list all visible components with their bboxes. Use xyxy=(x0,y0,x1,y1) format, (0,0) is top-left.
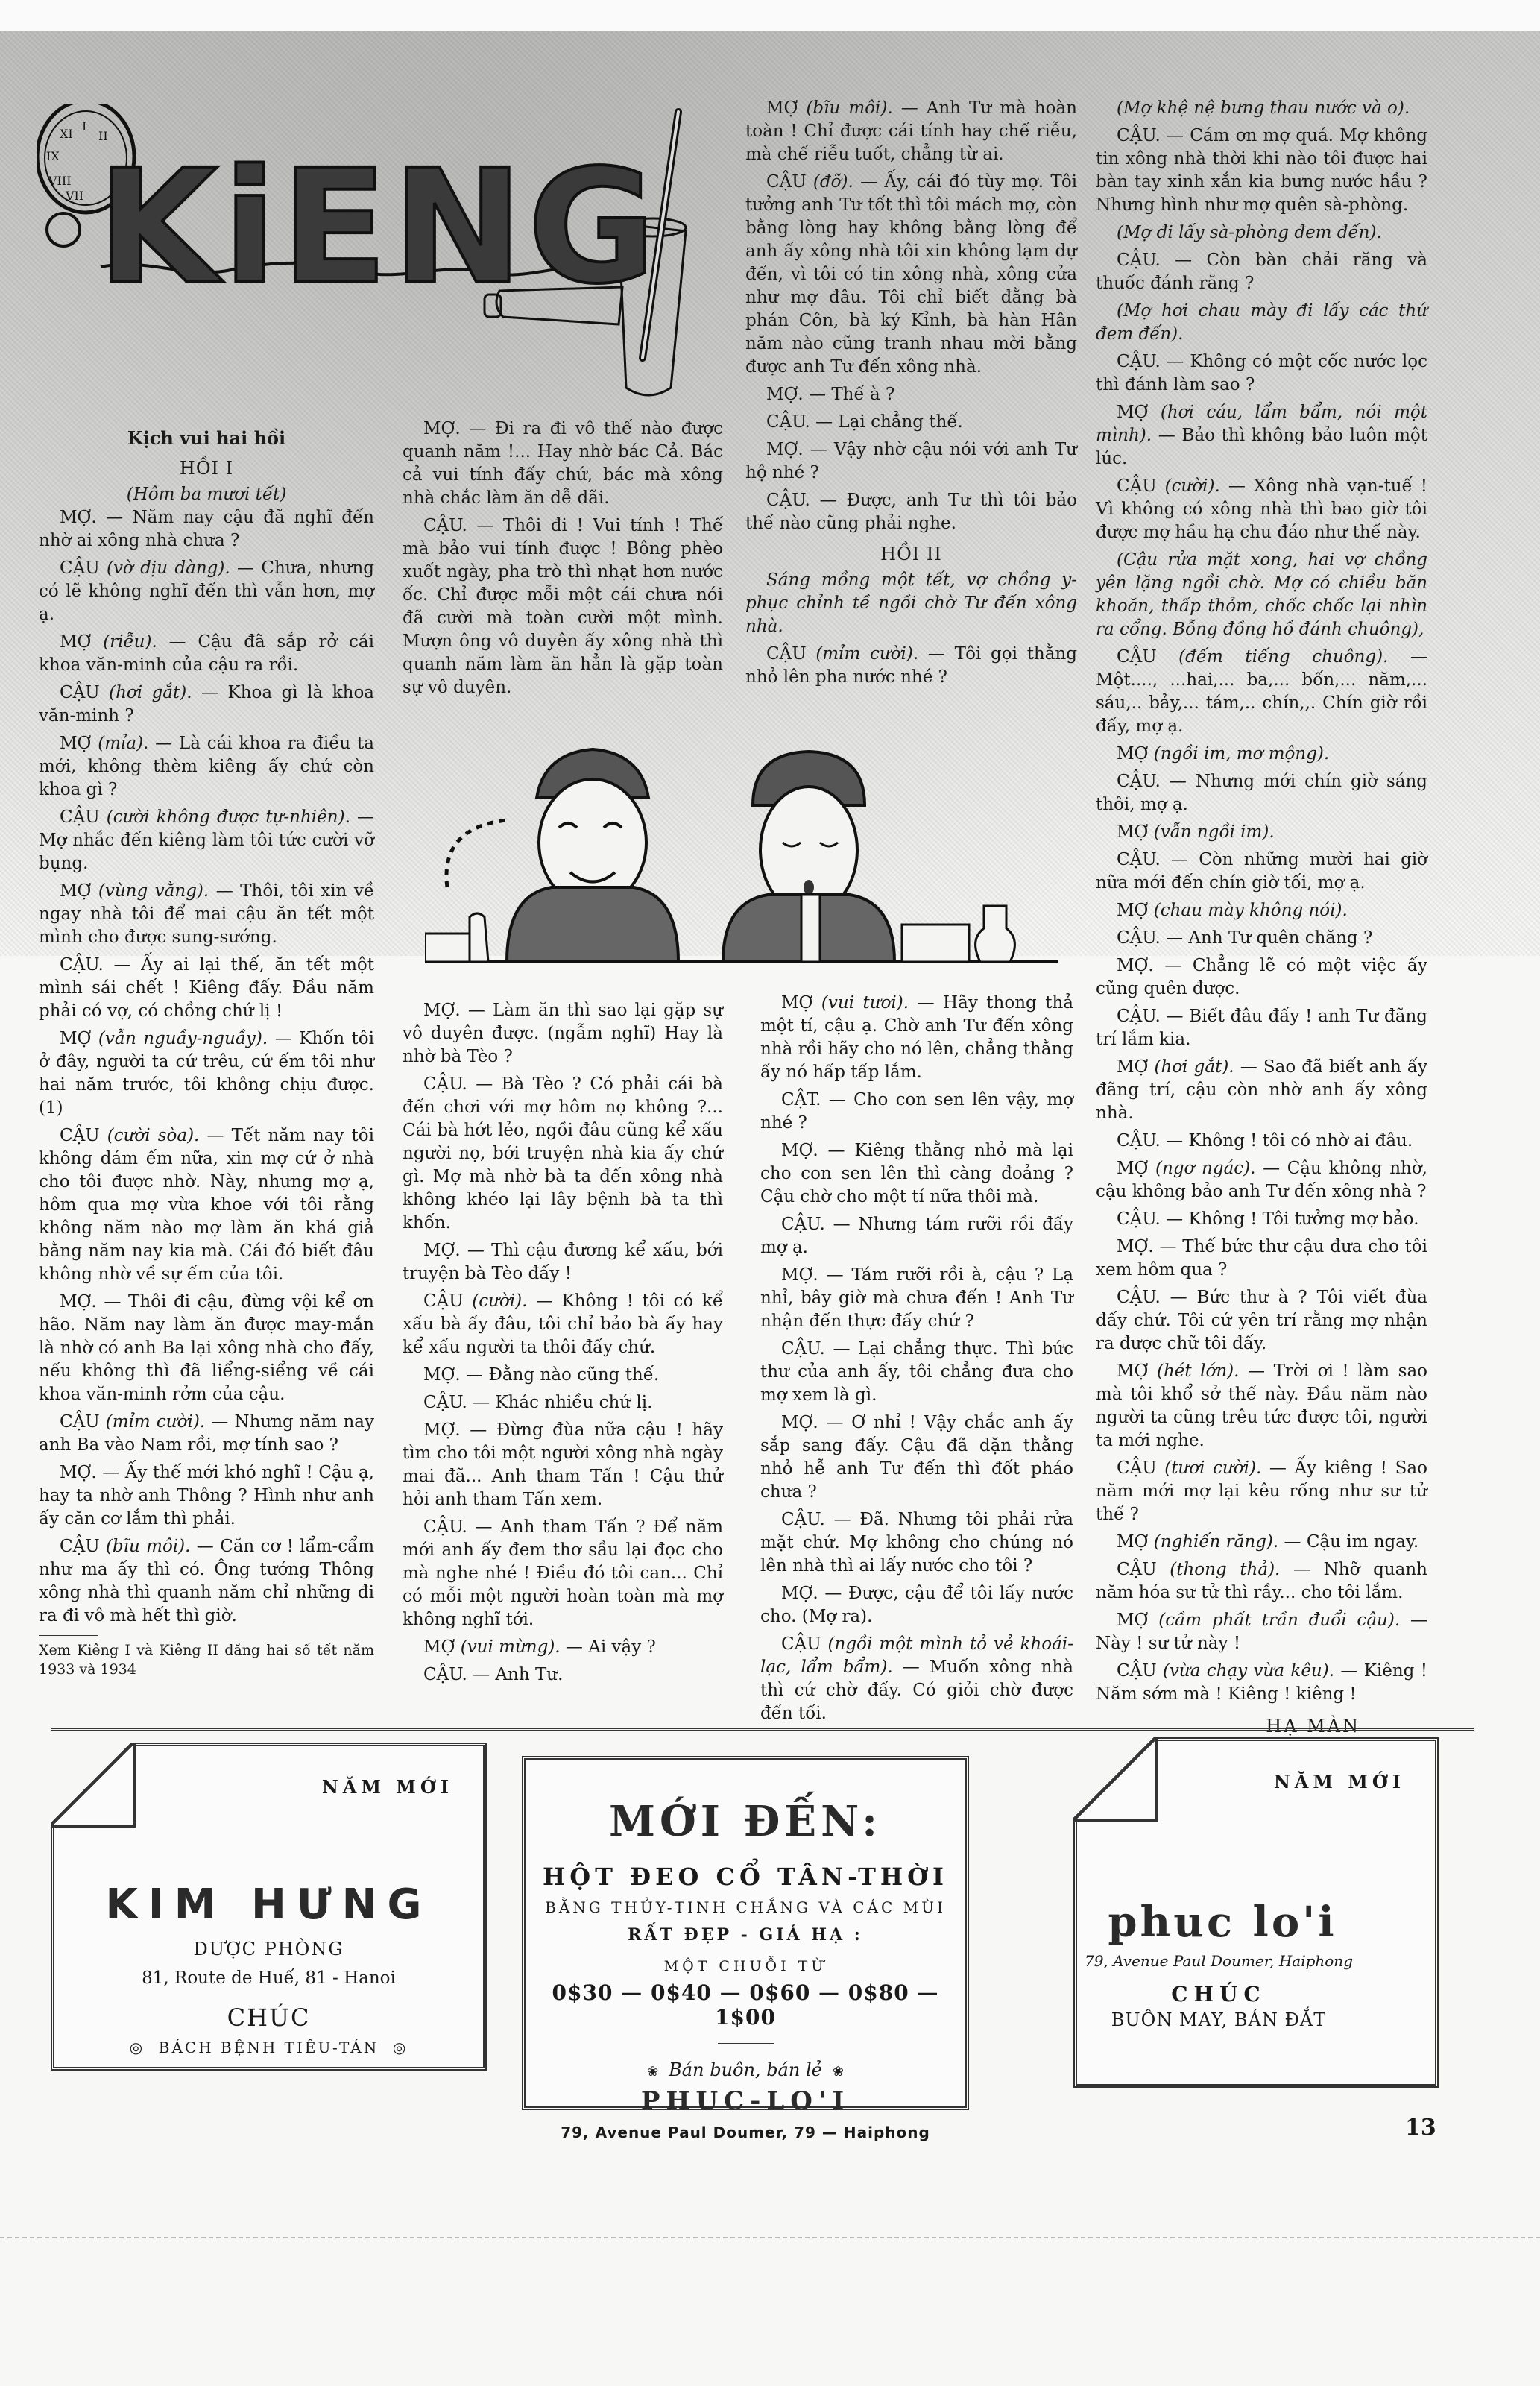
act1-setting: (Hôm ba mươi tết) xyxy=(39,483,374,506)
speaker: CẬU. xyxy=(1117,1131,1166,1150)
line-text: — Đằng nào cũng thế. xyxy=(466,1365,659,1385)
ad-retail: ❀Bán buôn, bán lẻ❀ xyxy=(526,2059,965,2080)
speaker: MỢ xyxy=(1117,1611,1158,1630)
dialogue-line: CẬU. — Bức thư à ? Tôi viết đùa đấy chứ.… xyxy=(1096,1286,1427,1356)
stage-direction: (Mợ đi lấy sà-phòng đem đến). xyxy=(1117,223,1382,242)
folded-corner-icon xyxy=(1073,1737,1158,1822)
speaker: MỢ xyxy=(60,881,98,901)
ad-shop-name: PHUC-LO'I xyxy=(526,2086,965,2116)
stage-direction: (cười). xyxy=(1165,476,1228,496)
title-illustration: XI I II IX VIII VII KiENG xyxy=(37,104,730,403)
dialogue-line: CẬU. — Anh Tư quên chăng ? xyxy=(1096,927,1427,950)
footnote: Xem Kiêng I và Kiêng II đăng hai số tết … xyxy=(39,1635,374,1679)
dialogue-line: MỢ (riễu). — Cậu đã sắp rở cái khoa văn-… xyxy=(39,631,374,677)
svg-text:VIII: VIII xyxy=(48,174,72,188)
kieng-title: KiENG xyxy=(97,149,660,306)
dialogue-line: CẬU. — Thôi đi ! Vui tính ! Thế mà bảo v… xyxy=(403,514,723,699)
speaker: MỢ xyxy=(1117,1159,1155,1178)
dialogue-list: (Mợ khệ nệ bưng thau nước và o). CẬU. — … xyxy=(1096,97,1427,1706)
ornament-icon: ◎ xyxy=(130,2039,159,2056)
speaker: CẬU. xyxy=(423,1517,475,1537)
ad-kim-hung: NĂM MỚI KIM HƯNG DƯỢC PHÒNG 81, Route de… xyxy=(51,1743,487,2071)
speaker: CẬU xyxy=(60,808,107,827)
act1-heading: HỒI I xyxy=(39,457,374,480)
stage-direction: (mỉm cười). xyxy=(106,1412,212,1432)
line-text: — Lại chẳng thế. xyxy=(815,412,963,432)
speaker: MỢ. xyxy=(423,1420,470,1440)
stage-direction: (hơi gắt). xyxy=(1155,1057,1240,1077)
dialogue-line: (Cậu rửa mặt xong, hai vợ chồng yên lặng… xyxy=(1096,549,1427,641)
speaker: CẬU xyxy=(60,1537,106,1556)
column-3-lower: MỢ (vui tươi). — Hãy thong thả một tí, c… xyxy=(760,992,1073,1730)
speaker: MỢ xyxy=(1117,822,1154,842)
svg-text:IX: IX xyxy=(46,149,60,163)
page-bottom-edge xyxy=(0,2237,1540,2238)
dialogue-line: CẬU. — Nhưng mới chín giờ sáng thôi, mợ … xyxy=(1096,770,1427,816)
speaker: CẬU xyxy=(1117,476,1165,496)
dialogue-line: MỢ. — Kiêng thằng nhỏ mà lại cho con sen… xyxy=(760,1139,1073,1209)
speaker: CẬU. xyxy=(423,516,476,535)
speaker: MỢ xyxy=(781,993,821,1013)
ornament-icon: ◎ xyxy=(379,2039,408,2056)
stage-direction: (mỉm cười). xyxy=(815,644,928,664)
footnote-rule xyxy=(39,1635,98,1636)
speaker: CẬU. xyxy=(423,1665,473,1684)
speaker: CẬU. xyxy=(781,1510,834,1529)
dialogue-list: CẬU (mỉm cười). — Tôi gọi thằng nhỏ lên … xyxy=(745,643,1077,689)
ads-divider xyxy=(51,1728,1474,1731)
line-text: — Thôi đi ! Vui tính ! Thế mà bảo vui tí… xyxy=(403,516,723,697)
speaker: CẬU. xyxy=(1117,1209,1166,1229)
stage-direction: (vui tươi). xyxy=(821,993,918,1013)
speaker: MỢ xyxy=(1117,403,1161,422)
dialogue-line: CẬU. — Lại chẳng thế. xyxy=(745,411,1077,434)
stage-direction: (hét lớn). xyxy=(1157,1362,1248,1381)
stage-direction: (mỉa). xyxy=(98,734,155,753)
dialogue-line: MỢ (vẫn nguầy-nguầy). — Khốn tôi ở đây, … xyxy=(39,1027,374,1120)
play-subtitle: Kịch vui hai hồi xyxy=(39,426,374,450)
dialogue-line: MỢ. — Làm ăn thì sao lại gặp sự vô duyên… xyxy=(403,999,723,1068)
dialogue-list: MỢ. — Năm nay cậu đã nghĩ đến nhờ ai xôn… xyxy=(39,506,374,1628)
speaker: CẬU xyxy=(781,1634,828,1654)
stage-direction: (bĩu môi). xyxy=(106,1537,197,1556)
dialogue-line: MỢ. — Ơ nhỉ ! Vậy chắc anh ấy sắp sang đ… xyxy=(760,1411,1073,1504)
dialogue-line: MỢ. — Ấy thế mới khó nghĩ ! Cậu ạ, hay t… xyxy=(39,1461,374,1531)
dialogue-line: CẬU. — Không ! Tôi tưởng mợ bảo. xyxy=(1096,1208,1427,1231)
dialogue-line: CẬU. — Được, anh Tư thì tôi bảo thế nào … xyxy=(745,489,1077,535)
dialogue-line: CẬU. — Không có một cốc nước lọc thì đán… xyxy=(1096,350,1427,397)
speaker: CẬU. xyxy=(423,1074,476,1094)
stage-direction: (vờ dịu dàng). xyxy=(107,558,237,578)
dialogue-line: MỢ. — Vậy nhờ cậu nói với anh Tư hộ nhé … xyxy=(745,438,1077,485)
dialogue-line: CẬU. — Anh tham Tấn ? Để năm mới anh ấy … xyxy=(403,1516,723,1631)
speaker: CẬU. xyxy=(1117,850,1171,869)
dialogue-line: CẬU. — Không ! tôi có nhờ ai đâu. xyxy=(1096,1130,1427,1153)
speaker: CẬU. xyxy=(766,491,820,510)
ad-line-2: BẰNG THỦY-TINH CHẮNG VÀ CÁC MÙI xyxy=(526,1898,965,1916)
dialogue-line: CẬU (bĩu môi). — Căn cơ ! lẩm-cẩm như ma… xyxy=(39,1535,374,1628)
dialogue-line: CẬU. — Cám ơn mợ quá. Mợ không tin xông … xyxy=(1096,125,1427,217)
ornament-icon: ❀ xyxy=(833,2064,844,2080)
dialogue-line: MỢ. — Thì cậu đương kể xấu, bới truyện b… xyxy=(403,1239,723,1285)
dialogue-line: CẬU (cười). — Không ! tôi có kể xấu bà ấ… xyxy=(403,1290,723,1359)
speaker: MỢ. xyxy=(781,1584,824,1603)
speaker: MỢ xyxy=(60,1029,98,1048)
speaker: MỢ. xyxy=(423,419,469,438)
speaker: MỢ xyxy=(60,734,98,753)
speaker: CẬU xyxy=(1117,1560,1170,1579)
stage-direction: (riễu). xyxy=(103,632,168,652)
dialogue-line: MỢ. — Thôi đi cậu, đừng vội kể ơn hão. N… xyxy=(39,1291,374,1406)
stage-direction: (cười không được tự-nhiên). xyxy=(107,808,357,827)
ad-line-1: HỘT ĐEO CỔ TÂN-THỜI xyxy=(526,1863,965,1891)
dialogue-line: MỢ (ngơ ngác). — Cậu không nhờ, cậu khôn… xyxy=(1096,1157,1427,1203)
column-2-upper: MỢ. — Đi ra đi vô thế nào được quanh năm… xyxy=(403,418,723,704)
dialogue-line: MỢ (ngồi im, mơ mộng). xyxy=(1096,743,1427,766)
stage-direction: (Cậu rửa mặt xong, hai vợ chồng yên lặng… xyxy=(1096,550,1427,639)
ornament-icon: ❀ xyxy=(647,2064,658,2080)
speaker: MỢ. xyxy=(423,1365,466,1385)
line-text: — Không ! tôi có nhờ ai đâu. xyxy=(1166,1131,1413,1150)
dialogue-line: MỢ (chau mày không nói). xyxy=(1096,899,1427,922)
stage-direction: (thong thả). xyxy=(1170,1560,1293,1579)
speaker: CẬU. xyxy=(1117,352,1167,371)
speaker: CẬU. xyxy=(1117,251,1175,270)
folded-corner-icon xyxy=(51,1743,136,1828)
speaker: CẬU. xyxy=(1117,126,1167,145)
speaker: MỢ. xyxy=(781,1265,827,1285)
stage-direction: (Mợ khệ nệ bưng thau nước và o). xyxy=(1117,98,1410,118)
stage-direction: (vẫn nguầy-nguầy). xyxy=(98,1029,275,1048)
dialogue-line: MỢ (vẫn ngồi im). xyxy=(1096,821,1427,844)
stage-direction: (chau mày không nói). xyxy=(1154,901,1348,920)
dialogue-line: MỢ. — Được, cậu để tôi lấy nước cho. (Mợ… xyxy=(760,1582,1073,1628)
ad-wish: BUÔN MAY, BÁN ĐẮT xyxy=(1077,2009,1360,2030)
ad-address: 81, Route de Huế, 81 - Hanoi xyxy=(54,1968,483,1988)
ad-wish: ◎ BÁCH BỆNH TIÊU-TÁN ◎ xyxy=(54,2039,483,2056)
stage-direction: (tươi cười). xyxy=(1164,1458,1269,1478)
dialogue-line: CẬU (tươi cười). — Ấy kiêng ! Sao năm mớ… xyxy=(1096,1457,1427,1526)
ad-headline: MỚI ĐẾN: xyxy=(526,1797,965,1846)
ad-subtitle: DƯỢC PHÒNG xyxy=(54,1939,483,1960)
ad-corner-label: NĂM MỚI xyxy=(1274,1771,1405,1792)
dialogue-line: MỢ (bĩu môi). — Anh Tư mà hoàn toàn ! Ch… xyxy=(745,97,1077,166)
dialogue-line: CẬU. — Bà Tèo ? Có phải cái bà đến chơi … xyxy=(403,1073,723,1235)
speaker: MỢ. xyxy=(423,1241,467,1260)
wife-figure xyxy=(723,752,894,962)
ad-chuc: CHÚC xyxy=(1077,1982,1360,2006)
stage-direction: (ngồi im, mơ mộng). xyxy=(1154,744,1329,764)
line-text: — Không ! Tôi tưởng mợ bảo. xyxy=(1166,1209,1418,1229)
dialogue-line: CẬU (ngồi một mình tỏ vẻ khoái-lạc, lẩm … xyxy=(760,1633,1073,1725)
dialogue-line: MỢ (mỉa). — Là cái khoa ra điều ta mới, … xyxy=(39,732,374,802)
ad-prices: 0$30 — 0$40 — 0$60 — 0$80 — 1$00 xyxy=(526,1980,965,2030)
ad-line-4: MỘT CHUỖI TỪ xyxy=(526,1958,965,1974)
dialogue-line: CẬU. — Đã. Nhưng tôi phải rửa mặt chứ. M… xyxy=(760,1508,1073,1578)
line-text: — Anh Tư. xyxy=(473,1665,563,1684)
ad-address: 79, Avenue Paul Doumer, 79 — Haiphong xyxy=(526,2124,965,2141)
ad-corner-label: NĂM MỚI xyxy=(322,1776,453,1798)
speaker: MỢ. xyxy=(60,508,106,527)
stage-direction: (vẫn ngồi im). xyxy=(1154,822,1275,842)
ad-brand: KIM HƯNG xyxy=(54,1880,483,1929)
dialogue-line: CẬU. — Khác nhiều chứ lị. xyxy=(403,1391,723,1414)
speaker: MỢ. xyxy=(1117,956,1164,975)
svg-text:I: I xyxy=(82,119,86,133)
ad-moi-den: MỚI ĐẾN: HỘT ĐEO CỔ TÂN-THỜI BẰNG THỦY-T… xyxy=(522,1756,969,2110)
curtain-note: HẠ MÀN xyxy=(1096,1715,1427,1738)
dialogue-line: CẬU (cười sòa). — Tết năm nay tôi không … xyxy=(39,1124,374,1286)
speaker: MỢ xyxy=(766,98,806,118)
dialogue-line: (Mợ đi lấy sà-phòng đem đến). xyxy=(1096,221,1427,245)
speaker: MỢ xyxy=(1117,1362,1157,1381)
speaker: CẬU. xyxy=(781,1215,833,1234)
dialogue-line: CẬU (cười không được tự-nhiên). — Mợ nhắ… xyxy=(39,806,374,875)
dialogue-line: CẬU. — Còn những mười hai giờ nữa mới đế… xyxy=(1096,849,1427,895)
line-text: — Thế à ? xyxy=(809,385,894,404)
speaker: CẬU xyxy=(60,1412,106,1432)
dialogue-line: CẬU (đếm tiếng chuông). — Một...., ...ha… xyxy=(1096,646,1427,738)
dialogue-line: CẬU. — Ấy ai lại thế, ăn tết một mình sá… xyxy=(39,954,374,1023)
dialogue-line: MỢ (nghiến răng). — Cậu im ngay. xyxy=(1096,1531,1427,1554)
speaker: MỢ xyxy=(60,632,103,652)
dialogue-line: MỢ (vui mừng). — Ai vậy ? xyxy=(403,1636,723,1659)
speaker: MỢ. xyxy=(766,440,810,459)
dialogue-line: MỢ (cầm phất trần đuổi cậu). — Này ! sư … xyxy=(1096,1609,1427,1655)
speaker: MỢ. xyxy=(60,1463,102,1482)
speaker: CẬU. xyxy=(1117,772,1170,791)
column-2-lower: MỢ. — Làm ăn thì sao lại gặp sự vô duyên… xyxy=(403,999,723,1691)
dialogue-line: CẬU. — Lại chẳng thực. Thì bức thư của a… xyxy=(760,1338,1073,1407)
speaker: CẬU. xyxy=(1117,1288,1170,1307)
ad-brand: phuc lo'i xyxy=(1077,1898,1368,1947)
couple-illustration xyxy=(425,738,1073,984)
speaker: CẬU xyxy=(423,1291,472,1311)
line-text: — Anh Tư quên chăng ? xyxy=(1166,928,1372,948)
dialogue-line: MỢ. — Năm nay cậu đã nghĩ đến nhờ ai xôn… xyxy=(39,506,374,553)
speaker: MỢ. xyxy=(60,1292,104,1312)
dialogue-line: CẬU. — Anh Tư. xyxy=(403,1663,723,1687)
ad-chuc: CHÚC xyxy=(54,2003,483,2032)
dialogue-line: CẬU (mỉm cười). — Nhưng năm nay anh Ba v… xyxy=(39,1411,374,1457)
dialogue-line: CẬT. — Cho con sen lên vậy, mợ nhé ? xyxy=(760,1089,1073,1135)
line-text: — Khác nhiều chứ lị. xyxy=(473,1393,652,1412)
dialogue-line: CẬU (vờ dịu dàng). — Chưa, nhưng có lẽ k… xyxy=(39,557,374,626)
ad-double-rule xyxy=(718,2042,774,2046)
stage-direction: (ngơ ngác). xyxy=(1155,1159,1263,1178)
dialogue-line: CẬU. — Còn bàn chải răng và thuốc đánh r… xyxy=(1096,249,1427,295)
dialogue-line: CẬU (thong thả). — Nhỡ quanh năm hóa sư … xyxy=(1096,1558,1427,1605)
line-text: — Ai vậy ? xyxy=(566,1637,656,1657)
stage-direction: (bĩu môi). xyxy=(806,98,900,118)
stage-direction: (vui mừng). xyxy=(461,1637,566,1657)
column-1: Kịch vui hai hồi HỒI I (Hôm ba mươi tết)… xyxy=(39,426,374,1679)
speaker: MỢ. xyxy=(423,1001,468,1020)
column-3-upper: MỢ (bĩu môi). — Anh Tư mà hoàn toàn ! Ch… xyxy=(745,97,1077,693)
speaker: CẬU. xyxy=(781,1339,833,1359)
column-4: (Mợ khệ nệ bưng thau nước và o). CẬU. — … xyxy=(1096,97,1427,1767)
speaker: CẬU. xyxy=(1117,1007,1167,1026)
husband-figure xyxy=(507,749,678,962)
stage-direction: (hơi gắt). xyxy=(109,683,201,702)
speaker: CẬU xyxy=(1117,1458,1164,1478)
speaker: MỢ. xyxy=(1117,1237,1159,1256)
stage-direction: (vùng vằng). xyxy=(98,881,216,901)
speaker: MỢ xyxy=(1117,744,1154,764)
stage-direction: (Mợ hơi chau mày đi lấy các thứ đem đến)… xyxy=(1096,301,1427,344)
dialogue-list: MỢ. — Làm ăn thì sao lại gặp sự vô duyên… xyxy=(403,999,723,1687)
ad-address: 79, Avenue Paul Doumer, Haiphong xyxy=(1077,1952,1360,1970)
speaker: CẬU. xyxy=(60,955,113,975)
speaker: MỢ. xyxy=(766,385,809,404)
speaker: CẬU. xyxy=(423,1393,473,1412)
dialogue-line: MỢ. — Thế à ? xyxy=(745,383,1077,406)
speaker: MỢ xyxy=(423,1637,461,1657)
act2-heading: HỒI II xyxy=(745,543,1077,566)
dialogue-line: CẬU (đỡ). — Ấy, cái đó tùy mợ. Tôi tưởng… xyxy=(745,171,1077,379)
speaker: CẬU xyxy=(60,683,109,702)
dialogue-line: (Mợ khệ nệ bưng thau nước và o). xyxy=(1096,97,1427,120)
dialogue-line: MỢ (vùng vằng). — Thôi, tôi xin về ngay … xyxy=(39,880,374,949)
dialogue-line: MỢ (vui tươi). — Hãy thong thả một tí, c… xyxy=(760,992,1073,1084)
stage-direction: (cười). xyxy=(472,1291,536,1311)
stage-direction: (cười sòa). xyxy=(107,1126,207,1145)
dialogue-line: CẬU. — Nhưng tám rưỡi rồi đấy mợ ạ. xyxy=(760,1213,1073,1259)
speaker: CẬU xyxy=(60,1126,107,1145)
page-top-margin xyxy=(0,0,1540,31)
stage-direction: (đếm tiếng chuông). xyxy=(1178,647,1410,667)
dialogue-line: MỢ. — Đi ra đi vô thế nào được quanh năm… xyxy=(403,418,723,510)
line-text: — Cậu im ngay. xyxy=(1284,1532,1419,1552)
dialogue-line: MỢ. — Chẳng lẽ có một việc ấy cũng quên … xyxy=(1096,954,1427,1001)
dialogue-line: MỢ (hơi cáu, lẩm bẩm, nói một mình). — B… xyxy=(1096,401,1427,470)
dialogue-line: CẬU (mỉm cười). — Tôi gọi thằng nhỏ lên … xyxy=(745,643,1077,689)
line-text: — Ấy, cái đó tùy mợ. Tôi tưởng anh Tư tố… xyxy=(745,172,1077,377)
stage-direction: (vừa chạy vừa kêu). xyxy=(1163,1661,1340,1681)
speaker: MỢ. xyxy=(781,1141,828,1160)
speaker: CẬU xyxy=(1117,1661,1163,1681)
dialogue-line: MỢ. — Đừng đùa nữa cậu ! hãy tìm cho tôi… xyxy=(403,1419,723,1511)
stage-direction: (nghiến răng). xyxy=(1154,1532,1284,1552)
speaker: MỢ xyxy=(1117,1057,1155,1077)
dialogue-list: MỢ (vui tươi). — Hãy thong thả một tí, c… xyxy=(760,992,1073,1725)
ad-phuc-loi: NĂM MỚI phuc lo'i 79, Avenue Paul Doumer… xyxy=(1073,1737,1439,2088)
line-text: — Tết năm nay tôi không dám ếm nữa, xin … xyxy=(39,1126,374,1284)
dialogue-list: MỢ. — Đi ra đi vô thế nào được quanh năm… xyxy=(403,418,723,699)
svg-text:XI: XI xyxy=(60,127,73,141)
stage-direction: (cầm phất trần đuổi cậu). xyxy=(1158,1611,1410,1630)
page-number: 13 xyxy=(1405,2115,1436,2141)
act2-setting: Sáng mồng một tết, vợ chồng y-phục chỉnh… xyxy=(745,569,1077,638)
speaker: MỢ. xyxy=(781,1413,827,1432)
speaker: CẬU xyxy=(766,644,815,664)
dialogue-line: MỢ. — Đằng nào cũng thế. xyxy=(403,1364,723,1387)
speaker: CẬU xyxy=(60,558,107,578)
stage-direction: (đỡ). xyxy=(813,172,860,192)
ad-line-3: RẤT ĐẸP - GIÁ HẠ : xyxy=(526,1925,965,1945)
dialogue-line: (Mợ hơi chau mày đi lấy các thứ đem đến)… xyxy=(1096,300,1427,346)
speaker: CẬT. xyxy=(781,1090,829,1109)
speaker: CẬU. xyxy=(766,412,815,432)
svg-text:VII: VII xyxy=(65,189,83,203)
dialogue-line: CẬU (cười). — Xông nhà vạn-tuế ! Vì khôn… xyxy=(1096,475,1427,544)
dialogue-line: MỢ (hơi gắt). — Sao đã biết anh ấy đãng … xyxy=(1096,1056,1427,1125)
speaker: CẬU xyxy=(766,172,813,192)
dialogue-list: MỢ (bĩu môi). — Anh Tư mà hoàn toàn ! Ch… xyxy=(745,97,1077,535)
speaker: CẬU xyxy=(1117,647,1178,667)
dialogue-line: MỢ. — Tám rưỡi rồi à, cậu ? Lạ nhỉ, bây … xyxy=(760,1264,1073,1333)
dialogue-line: CẬU (hơi gắt). — Khoa gì là khoa văn-min… xyxy=(39,682,374,728)
speaker: MỢ xyxy=(1117,901,1154,920)
speaker: CẬU. xyxy=(1117,928,1166,948)
dialogue-line: MỢ (hét lớn). — Trời ơi ! làm sao mà tôi… xyxy=(1096,1360,1427,1452)
dialogue-line: CẬU (vừa chạy vừa kêu). — Kiêng ! Năm sớ… xyxy=(1096,1660,1427,1706)
dialogue-line: CẬU. — Biết đâu đấy ! anh Tư đãng trí lắ… xyxy=(1096,1005,1427,1051)
line-text: — Bà Tèo ? Có phải cái bà đến chơi với m… xyxy=(403,1074,723,1233)
speaker: MỢ xyxy=(1117,1532,1154,1552)
dialogue-line: MỢ. — Thế bức thư cậu đưa cho tôi xem hô… xyxy=(1096,1236,1427,1282)
